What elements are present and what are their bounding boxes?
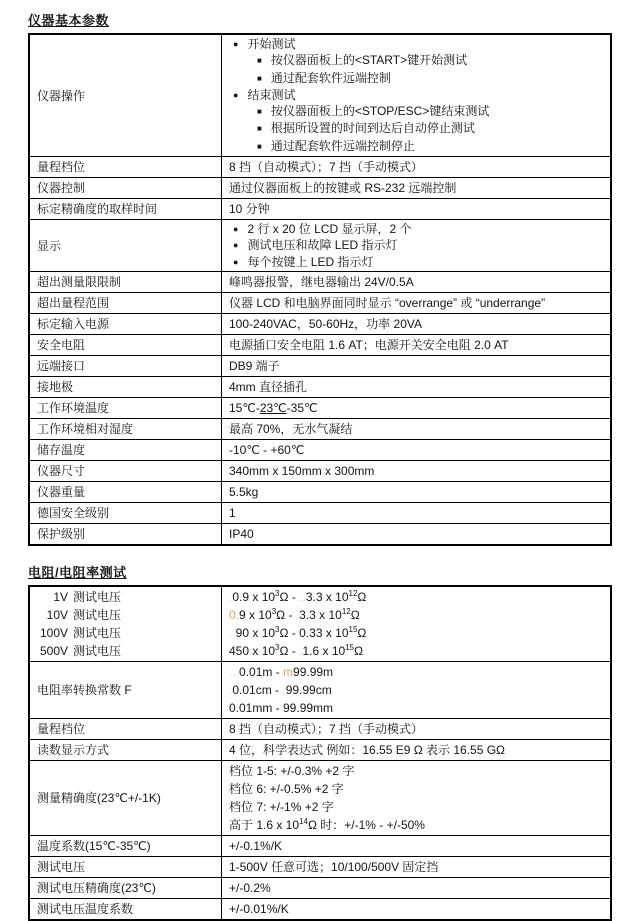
square-bullet-icon: ■: [257, 124, 262, 133]
table-row: 仪器操作●开始测试■按仪器面板上的<START>键开始测试■通过配套软件远端控制…: [29, 34, 611, 157]
table-row: 远端接口DB9 端子: [29, 355, 611, 376]
table-row: 仪器重量5.5kg: [29, 481, 611, 502]
table-row: 工作环境温度15℃-23℃-35℃: [29, 397, 611, 418]
text-segment: 档位 7: +/-1% +2 字: [229, 800, 334, 814]
list-item: ■根据所设置的时间到达后自动停止测试: [229, 120, 606, 137]
text-segment: Ω: [357, 626, 366, 640]
square-bullet-icon: ■: [257, 74, 262, 83]
text-segment: Ω: [354, 644, 363, 658]
resistance-test-table: 1V测试电压10V测试电压100V测试电压500V测试电压.0.9 x 103Ω…: [28, 585, 612, 921]
voltage-label-text: 测试电压: [73, 644, 121, 658]
row-value: 15℃-23℃-35℃: [222, 397, 612, 418]
list-item-text: 每个按键上 LED 指示灯: [247, 255, 373, 269]
row-label: 测量精确度(23℃+/-1K): [29, 760, 222, 835]
value-line: ..90 x 103Ω - 0.33 x 1015Ω: [229, 624, 606, 642]
list-item-text: 通过配套软件远端控制停止: [271, 139, 415, 153]
table-row: 标定精确度的取样时间10 分钟: [29, 199, 611, 220]
voltage-label-text: 测试电压: [73, 590, 121, 604]
row-label: 电阻率转换常数 F: [29, 661, 222, 718]
circle-bullet-icon: ●: [233, 240, 238, 250]
list-item: ●测试电压和故障 LED 指示灯: [229, 237, 606, 253]
text-segment: 9 x 10: [239, 608, 272, 622]
table-row: 德国安全级别1: [29, 502, 611, 523]
value-line: .0.01cm - .99.99cm: [229, 681, 606, 699]
row-label: 读数显示方式: [29, 739, 222, 760]
table-row: 保护级别IP40: [29, 523, 611, 545]
row-value: +/-0.01%/K: [222, 898, 612, 920]
text-segment: 0.01m -: [239, 665, 283, 679]
row-label: 温度系数(15℃-35℃): [29, 835, 222, 856]
text-segment: 99.99m: [293, 665, 333, 679]
row-label: 储存温度: [29, 439, 222, 460]
row-value: 8 挡（自动模式）；7 挡（手动模式）: [222, 157, 612, 178]
table-row: 量程档位8 挡（自动模式）；7 挡（手动模式）: [29, 157, 611, 178]
row-value: 仪器 LCD 和电脑界面同时显示 “overrange” 或 “underran…: [222, 292, 612, 313]
list-item: ■按仪器面板上的<STOP/ESC>键结束测试: [229, 103, 606, 120]
list-item: ●2 行 x 20 位 LCD 显示屏，2 个: [229, 221, 606, 237]
text-segment: 99.99cm: [286, 683, 332, 697]
list-item: ●结束测试: [229, 87, 606, 103]
text-segment: 15℃-: [229, 401, 260, 415]
value-line: 档位 6: +/-0.5% +2 字: [229, 780, 606, 798]
row-value: ●开始测试■按仪器面板上的<START>键开始测试■通过配套软件远端控制●结束测…: [222, 34, 612, 157]
table-row: 1V测试电压10V测试电压100V测试电压500V测试电压.0.9 x 103Ω…: [29, 586, 611, 662]
table-row: 测试电压精确度(23℃)+/-0.2%: [29, 877, 611, 898]
list-item: ■通过配套软件远端控制停止: [229, 138, 606, 155]
value-line: 0.9 x 103Ω - .3.3 x 1012Ω: [229, 606, 606, 624]
list-item: ●开始测试: [229, 36, 606, 52]
row-label: 标定精确度的取样时间: [29, 199, 222, 220]
text-segment: Ω -: [276, 608, 296, 622]
text-segment: Ω -: [280, 644, 300, 658]
list-item-text: 按仪器面板上的<START>键开始测试: [271, 53, 467, 67]
voltage-label-line: 10V测试电压: [37, 606, 217, 624]
row-label: 仪器重量: [29, 481, 222, 502]
row-value: 4mm 直径插孔: [222, 376, 612, 397]
list-item-text: 按仪器面板上的<STOP/ESC>键结束测试: [271, 104, 489, 118]
row-label: 测试电压: [29, 856, 222, 877]
row-value: +/-0.1%/K: [222, 835, 612, 856]
list-item: ■通过配套软件远端控制: [229, 70, 606, 87]
row-value: 电源插口安全电阻 1.6 AT；电源开关安全电阻 2.0 AT: [222, 334, 612, 355]
row-label: 仪器操作: [29, 34, 222, 157]
voltage-label-line: 500V测试电压: [37, 642, 217, 660]
row-value: 1-500V 任意可选；10/100/500V 固定挡: [222, 856, 612, 877]
text-segment: 档位 6: +/-0.5% +2 字: [229, 782, 344, 796]
row-value: ...0.01m - m99.99m.0.01cm - .99.99cm0.01…: [222, 661, 612, 718]
row-label: 测试电压精确度(23℃): [29, 877, 222, 898]
row-label: 1V测试电压10V测试电压100V测试电压500V测试电压: [29, 586, 222, 662]
circle-bullet-icon: ●: [233, 224, 238, 234]
list-item-text: 通过配套软件远端控制: [271, 71, 391, 85]
row-label: 工作环境温度: [29, 397, 222, 418]
table-row: 量程档位8 挡（自动模式）；7 挡（手动模式）: [29, 718, 611, 739]
row-value: IP40: [222, 523, 612, 545]
value-line: 档位 7: +/-1% +2 字: [229, 798, 606, 816]
row-value: +/-0.2%: [222, 877, 612, 898]
text-segment: 0.9 x 10: [232, 590, 275, 604]
square-bullet-icon: ■: [257, 107, 262, 116]
value-line: 高于 1.6 x 1014Ω 时：+/-1% - +/-50%: [229, 816, 606, 834]
row-label: 测试电压温度系数: [29, 898, 222, 920]
row-value: 10 分钟: [222, 199, 612, 220]
text-segment: Ω -: [280, 590, 300, 604]
row-value: 5.5kg: [222, 481, 612, 502]
table-row: 测试电压1-500V 任意可选；10/100/500V 固定挡: [29, 856, 611, 877]
row-value: 通过仪器面板上的按键或 RS-232 远端控制: [222, 178, 612, 199]
row-value: DB9 端子: [222, 355, 612, 376]
row-label: 超出量程范围: [29, 292, 222, 313]
list-item-text: 测试电压和故障 LED 指示灯: [247, 238, 397, 252]
voltage-value: 500V: [37, 642, 68, 660]
row-value: ●2 行 x 20 位 LCD 显示屏，2 个●测试电压和故障 LED 指示灯●…: [222, 220, 612, 272]
row-label: 远端接口: [29, 355, 222, 376]
list-item: ●每个按键上 LED 指示灯: [229, 254, 606, 270]
superscript: 15: [345, 643, 354, 652]
row-value: -10℃ - +60℃: [222, 439, 612, 460]
table-row: 接地极4mm 直径插孔: [29, 376, 611, 397]
text-segment: 0.01cm -: [232, 683, 282, 697]
section-title-resistance-test: 电阻/电阻率测试: [28, 562, 630, 581]
value-line: 450 x 103Ω - .1.6 x 1015Ω: [229, 642, 606, 660]
value-line: 档位 1-5: +/-0.3% +2 字: [229, 762, 606, 780]
table-row: 安全电阻电源插口安全电阻 1.6 AT；电源开关安全电阻 2.0 AT: [29, 334, 611, 355]
row-label: 仪器尺寸: [29, 460, 222, 481]
superscript: 14: [299, 817, 308, 826]
list-item-text: 结束测试: [247, 88, 295, 102]
voltage-label-line: 100V测试电压: [37, 624, 217, 642]
text-segment: 0.: [229, 608, 239, 622]
circle-bullet-icon: ●: [233, 90, 238, 100]
text-segment: ...: [229, 665, 239, 679]
text-segment: 3.3 x 10: [306, 590, 349, 604]
text-segment: m: [283, 665, 293, 679]
circle-bullet-icon: ●: [233, 257, 238, 267]
value-line: ...0.01m - m99.99m: [229, 663, 606, 681]
row-label: 接地极: [29, 376, 222, 397]
voltage-label-text: 测试电压: [73, 608, 121, 622]
table-row: 测试电压温度系数+/-0.01%/K: [29, 898, 611, 920]
text-segment: ..: [299, 590, 306, 604]
row-value: 档位 1-5: +/-0.3% +2 字档位 6: +/-0.5% +2 字档位…: [222, 760, 612, 835]
text-segment: 高于 1.6 x 10: [229, 818, 299, 832]
table-row: 测量精确度(23℃+/-1K)档位 1-5: +/-0.3% +2 字档位 6:…: [29, 760, 611, 835]
list-item-text: 根据所设置的时间到达后自动停止测试: [271, 121, 475, 135]
basic-params-table: 仪器操作●开始测试■按仪器面板上的<START>键开始测试■通过配套软件远端控制…: [28, 33, 612, 546]
text-segment: ..: [229, 626, 236, 640]
table-row: 电阻率转换常数 F...0.01m - m99.99m.0.01cm - .99…: [29, 661, 611, 718]
text-segment: -35℃: [287, 401, 318, 415]
table-row: 工作环境相对湿度最高 70%，无水气凝结: [29, 418, 611, 439]
list-item-text: 开始测试: [247, 37, 295, 51]
square-bullet-icon: ■: [257, 56, 262, 65]
row-value: 4 位，科学表达式 例如：16.55 E9 Ω 表示 16.55 GΩ: [222, 739, 612, 760]
text-segment: 3.3 x 10: [299, 608, 342, 622]
table-row: 标定输入电源100-240VAC，50-60Hz，功率 20VA: [29, 313, 611, 334]
text-segment: 90 x 10: [236, 626, 275, 640]
row-label: 量程档位: [29, 157, 222, 178]
row-label: 保护级别: [29, 523, 222, 545]
text-segment: Ω: [357, 590, 366, 604]
value-line: .0.9 x 103Ω - ..3.3 x 1012Ω: [229, 588, 606, 606]
list-item: ■按仪器面板上的<START>键开始测试: [229, 52, 606, 69]
table-row: 读数显示方式4 位，科学表达式 例如：16.55 E9 Ω 表示 16.55 G…: [29, 739, 611, 760]
table-row: 超出量程范围仪器 LCD 和电脑界面同时显示 “overrange” 或 “un…: [29, 292, 611, 313]
table-row: 仪器尺寸340mm x 150mm x 300mm: [29, 460, 611, 481]
row-value: 8 挡（自动模式）；7 挡（手动模式）: [222, 718, 612, 739]
row-value: 1: [222, 502, 612, 523]
text-segment: 1.6 x 10: [302, 644, 345, 658]
row-label: 德国安全级别: [29, 502, 222, 523]
voltage-label-line: 1V测试电压: [37, 588, 217, 606]
circle-bullet-icon: ●: [233, 39, 238, 49]
list-item-text: 2 行 x 20 位 LCD 显示屏，2 个: [247, 222, 411, 236]
text-segment: Ω - 0.33 x 10: [280, 626, 349, 640]
value-line: 0.01mm - 99.99mm: [229, 699, 606, 717]
row-label: 工作环境相对湿度: [29, 418, 222, 439]
text-segment: Ω: [351, 608, 360, 622]
table-row: 超出测量限限制峰鸣器报警，继电器输出 24V/0.5A: [29, 271, 611, 292]
voltage-value: 10V: [37, 606, 68, 624]
row-label: 超出测量限限制: [29, 271, 222, 292]
text-segment: 450 x 10: [229, 644, 275, 658]
row-value: 100-240VAC，50-60Hz，功率 20VA: [222, 313, 612, 334]
square-bullet-icon: ■: [257, 142, 262, 151]
table-row: 储存温度-10℃ - +60℃: [29, 439, 611, 460]
text-segment: 23℃: [260, 401, 287, 415]
row-label: 安全电阻: [29, 334, 222, 355]
text-segment: Ω 时：+/-1% - +/-50%: [308, 818, 425, 832]
voltage-value: 100V: [37, 624, 68, 642]
row-value: .0.9 x 103Ω - ..3.3 x 1012Ω0.9 x 103Ω - …: [222, 586, 612, 662]
text-segment: 档位 1-5: +/-0.3% +2 字: [229, 764, 354, 778]
table-row: 仪器控制通过仪器面板上的按键或 RS-232 远端控制: [29, 178, 611, 199]
row-value: 最高 70%，无水气凝结: [222, 418, 612, 439]
section-title-basic-params: 仪器基本参数: [28, 10, 630, 29]
row-value: 340mm x 150mm x 300mm: [222, 460, 612, 481]
table-row: 温度系数(15℃-35℃)+/-0.1%/K: [29, 835, 611, 856]
row-value: 峰鸣器报警，继电器输出 24V/0.5A: [222, 271, 612, 292]
row-label: 量程档位: [29, 718, 222, 739]
voltage-value: 1V: [37, 588, 68, 606]
row-label: 标定输入电源: [29, 313, 222, 334]
text-segment: 0.01mm - 99.99mm: [229, 701, 333, 715]
row-label: 仪器控制: [29, 178, 222, 199]
row-label: 显示: [29, 220, 222, 272]
voltage-label-text: 测试电压: [73, 626, 121, 640]
superscript: 12: [342, 607, 351, 616]
table-row: 显示●2 行 x 20 位 LCD 显示屏，2 个●测试电压和故障 LED 指示…: [29, 220, 611, 272]
